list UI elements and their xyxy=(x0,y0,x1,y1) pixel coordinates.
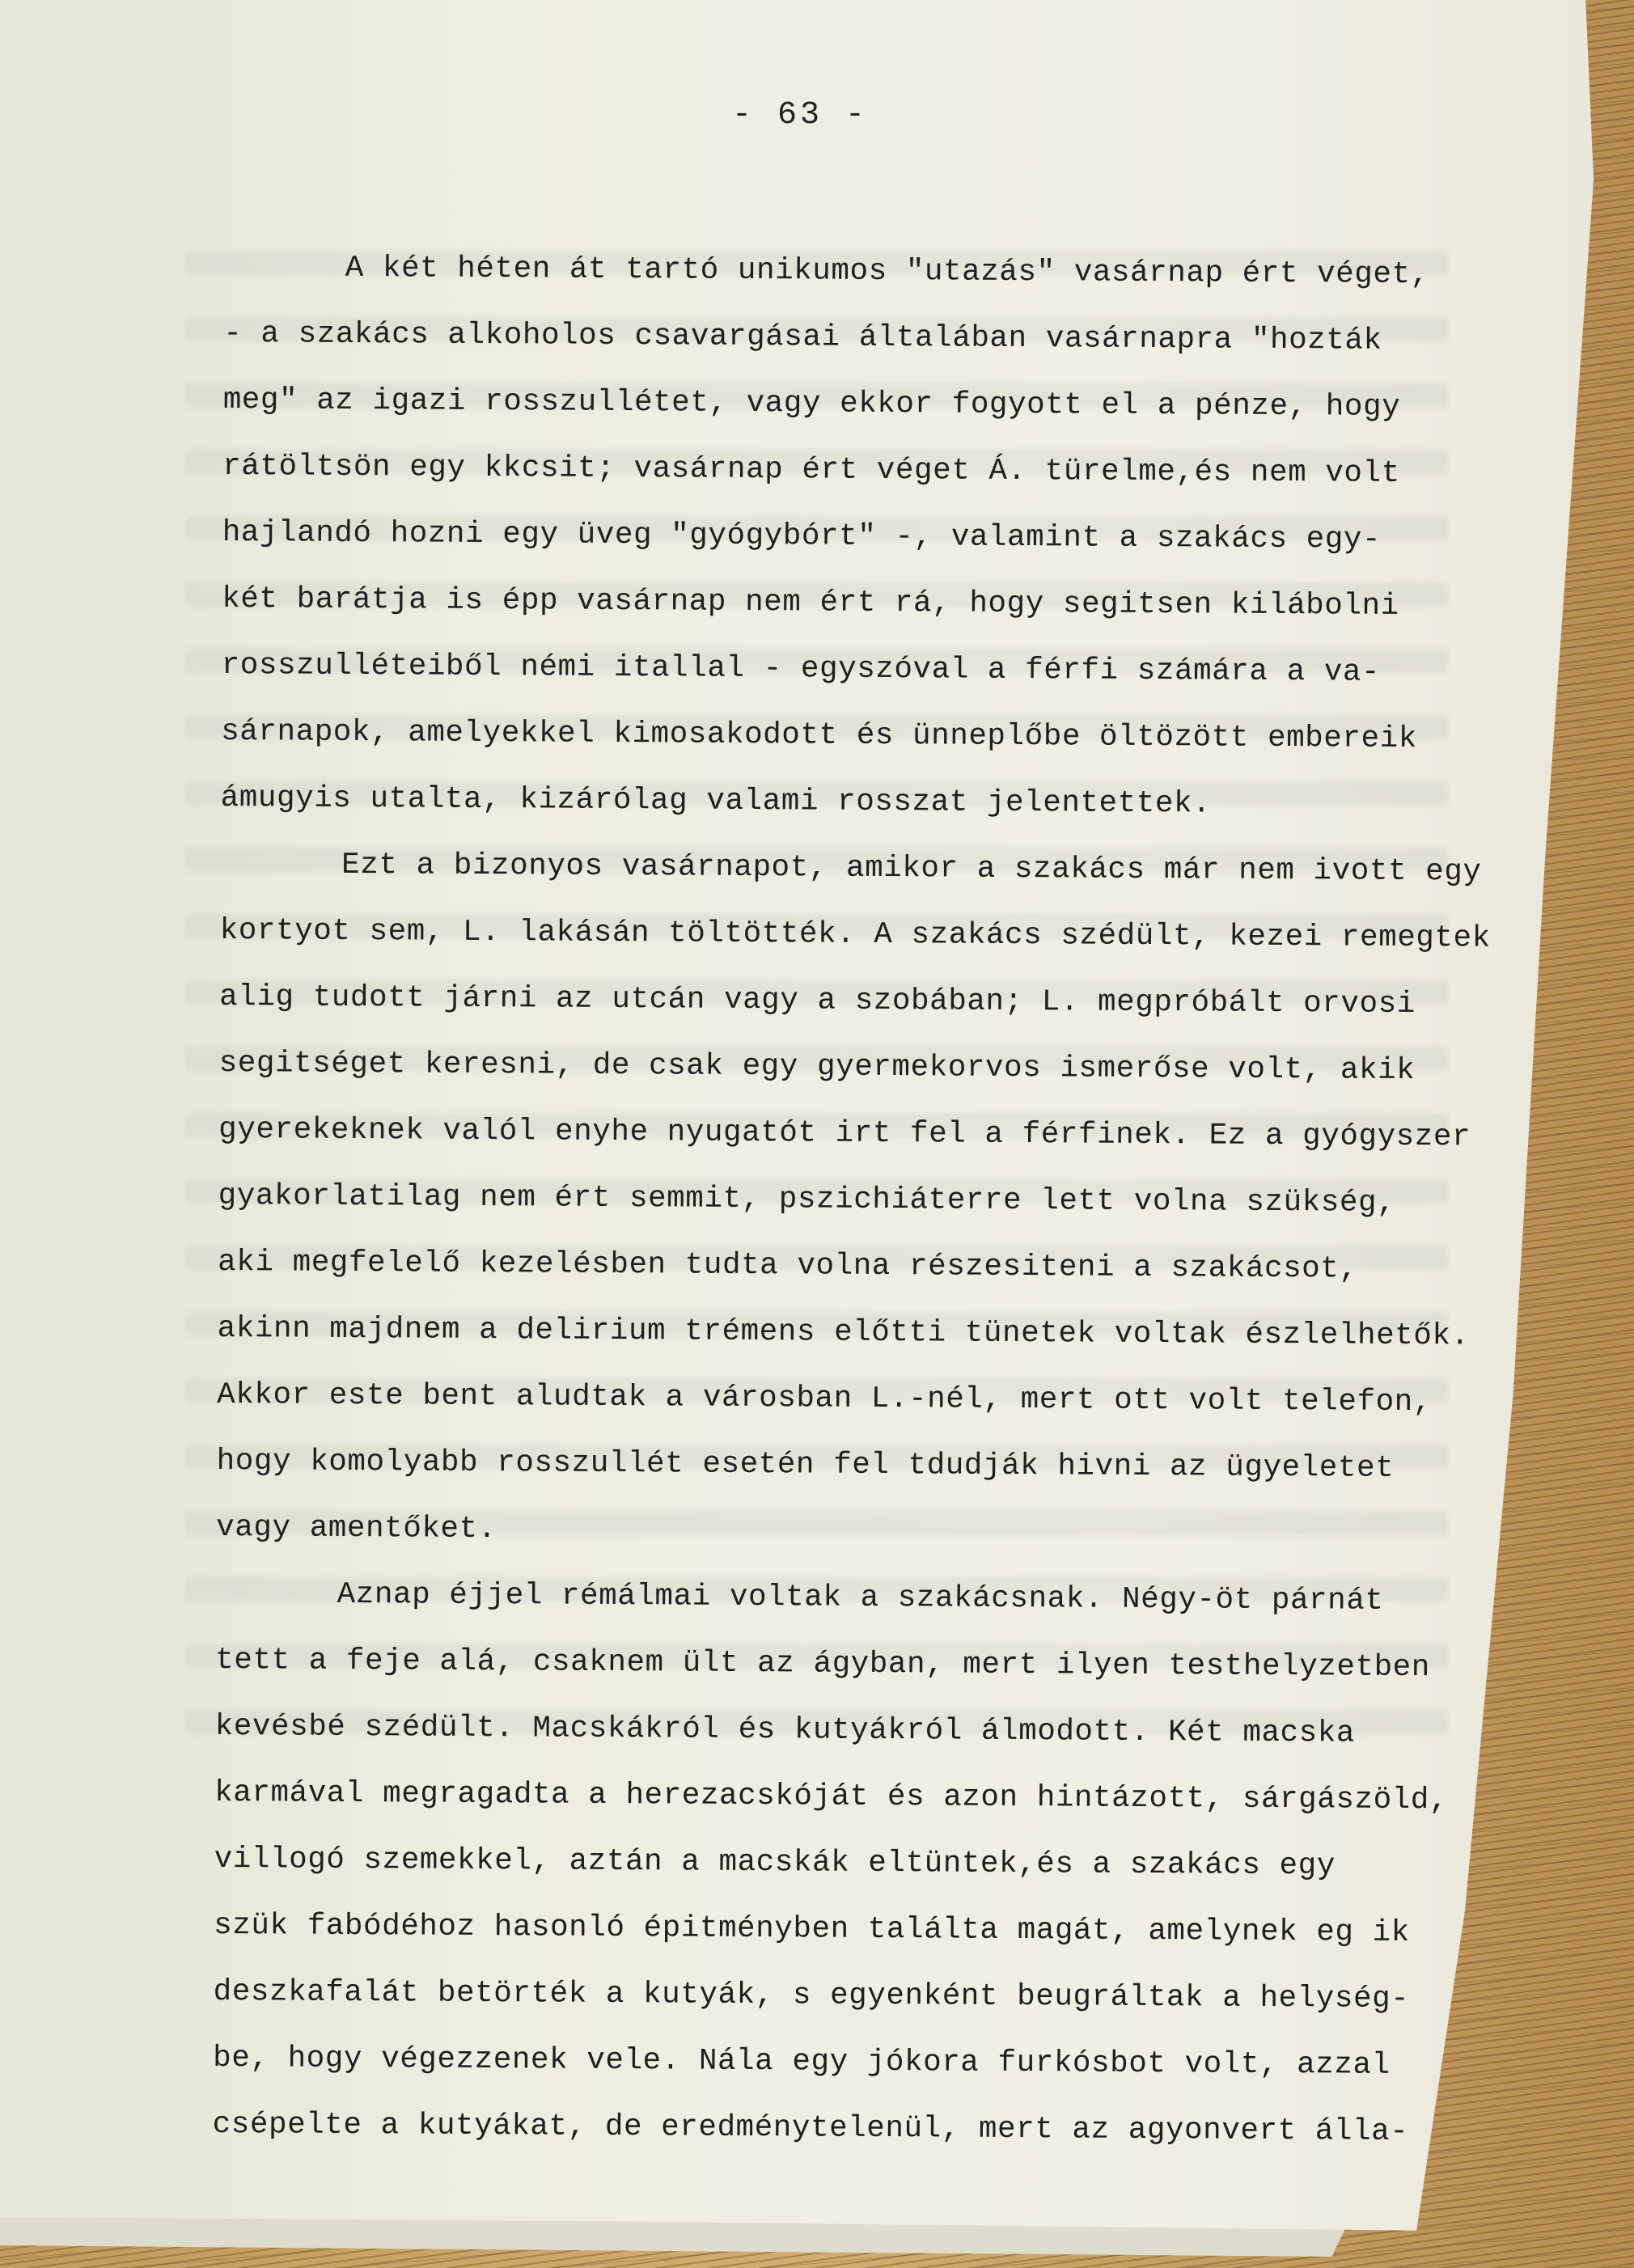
text-line: be, hogy végezzenek vele. Nála egy jókor… xyxy=(213,2025,1588,2100)
text-line: sárnapok, amelyekkel kimosakodott és ünn… xyxy=(221,699,1596,773)
text-line: hajlandó hozni egy üveg "gyógybórt" -, v… xyxy=(222,500,1597,574)
text-line: deszkafalát betörték a kutyák, s egyenké… xyxy=(213,1959,1588,2033)
text-line: - a szakács alkoholos csavargásai általá… xyxy=(223,301,1598,375)
text-line: segitséget keresni, de csak egy gyermeko… xyxy=(218,1030,1594,1105)
text-line: tett a feje alá, csaknem ült az ágyban, … xyxy=(215,1627,1590,1702)
page-number: - 63 - xyxy=(732,97,868,133)
text-line: kortyot sem, L. lakásán töltötték. A sza… xyxy=(219,898,1594,972)
text-line: csépelte a kutyákat, de eredménytelenül,… xyxy=(212,2092,1587,2166)
text-line: hogy komolyabb rosszullét esetén fel tdu… xyxy=(216,1428,1591,1503)
text-line: karmával megragadta a herezacskóját és a… xyxy=(214,1760,1590,1834)
text-line: vagy amentőket. xyxy=(216,1495,1591,1569)
text-line: szük fabódéhoz hasonló épitményben talál… xyxy=(214,1893,1589,1967)
text-line: meg" az igazi rosszullétet, vagy ekkor f… xyxy=(222,367,1598,442)
text-line: kevésbé szédült. Macskákról és kutyákról… xyxy=(214,1694,1590,1768)
text-line: akinn majdnem a delirium trémens előtti … xyxy=(217,1296,1592,1370)
text-line: Ezt a bizonyos vasárnapot, amikor a szak… xyxy=(220,831,1595,906)
text-line: gyakorlatilag nem ért semmit, pszichiáte… xyxy=(218,1163,1593,1238)
text-line: Aznap éjjel rémálmai voltak a szakácsnak… xyxy=(215,1561,1590,1635)
text-line: villogó szemekkel, aztán a macskák eltün… xyxy=(214,1826,1589,1901)
text-line: ámugyis utalta, kizárólag valami rosszat… xyxy=(220,765,1595,840)
text-line: A két héten át tartó unikumos "utazás" v… xyxy=(223,235,1598,309)
text-line: aki megfelelő kezelésben tudta volna rés… xyxy=(218,1229,1593,1304)
text-line: rátöltsön egy kkcsit; vasárnap ért véget… xyxy=(222,434,1598,508)
text-line: két barátja is épp vasárnap nem ért rá, … xyxy=(222,566,1597,641)
body-text: A két héten át tartó unikumos "utazás" v… xyxy=(212,235,1598,2166)
text-line: rosszulléteiből némi itallal - egyszóval… xyxy=(221,633,1596,707)
text-line: gyerekeknek valól enyhe nyugatót irt fel… xyxy=(218,1097,1594,1171)
typewritten-page: - 63 - A két héten át tartó unikumos "ut… xyxy=(0,0,1610,2249)
text-line: Akkor este bent aludtak a városban L.-né… xyxy=(217,1362,1592,1437)
text-line: alig tudott járni az utcán vagy a szobáb… xyxy=(219,964,1594,1039)
